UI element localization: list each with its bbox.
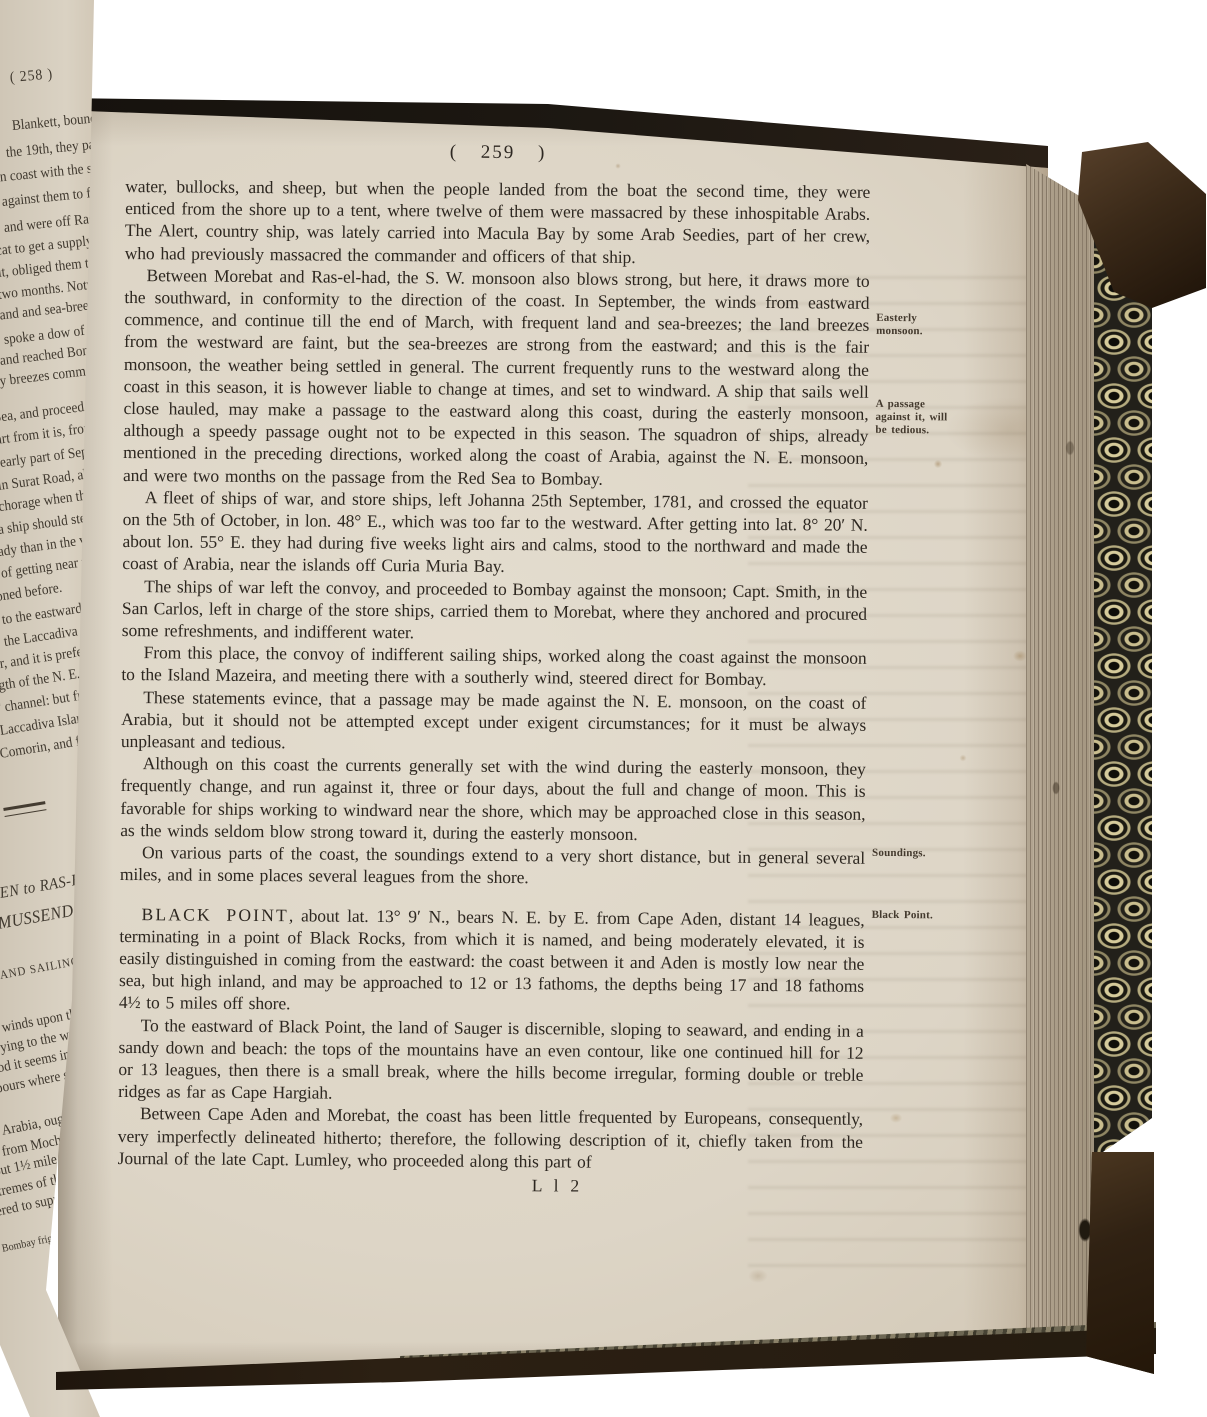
left-page-text-fragment: an coast with the s: [0, 161, 93, 187]
paragraph: Although on this coast the currents gene…: [120, 752, 866, 847]
page-259: ( 259 ) water, bullocks, and sheep, but …: [58, 96, 1048, 1378]
fore-edge: [1026, 148, 1096, 1360]
paragraph: To the eastward of Black Point, the land…: [118, 1013, 864, 1108]
paragraph: On various parts of the coast, the sound…: [120, 841, 865, 891]
left-page-text-fragment: Bombay frigate.: [1, 1230, 68, 1255]
paragraph: Between Morebat and Ras-el-had, the S. W…: [123, 264, 870, 492]
marbled-cover-edge: [1094, 220, 1152, 1158]
leather-corner-bottom-right: [1086, 1152, 1154, 1374]
page-content: ( 259 ) water, bullocks, and sheep, but …: [49, 94, 1049, 1384]
paragraph: These statements evince, that a passage …: [121, 686, 867, 758]
margin-note: Black Point.: [872, 908, 956, 922]
left-page-text-fragment: g against them to fa: [0, 185, 98, 212]
margin-note: Soundings.: [872, 847, 956, 861]
book-photo: ( 259 ) water, bullocks, and sheep, but …: [0, 0, 1207, 1417]
paragraph: BLACK POINT, about lat. 13° 9′ N., bears…: [119, 902, 865, 1019]
footnote-rule: [3, 801, 46, 817]
margin-note: Easterly monsoon.: [876, 312, 960, 339]
paragraph: Between Cape Aden and Morebat, the coast…: [118, 1102, 864, 1174]
margin-note: A passage against it, will be tedious.: [875, 398, 959, 438]
paragraph-lead: BLACK POINT: [142, 904, 290, 925]
paragraph: A fleet of ships of war, and store ships…: [122, 486, 868, 581]
paragraph: The ships of war left the convoy, and pr…: [122, 575, 868, 647]
left-page-text-fragment: ( 258 ): [9, 66, 54, 87]
paragraph: water, bullocks, and sheep, but when the…: [125, 175, 871, 270]
text-column: water, bullocks, and sheep, but when the…: [117, 175, 870, 1199]
signature-mark: L l 2: [184, 1171, 929, 1199]
left-page-text-fragment: oned before.: [0, 580, 63, 606]
paragraph: From this place, the convoy of indiffere…: [121, 641, 866, 691]
